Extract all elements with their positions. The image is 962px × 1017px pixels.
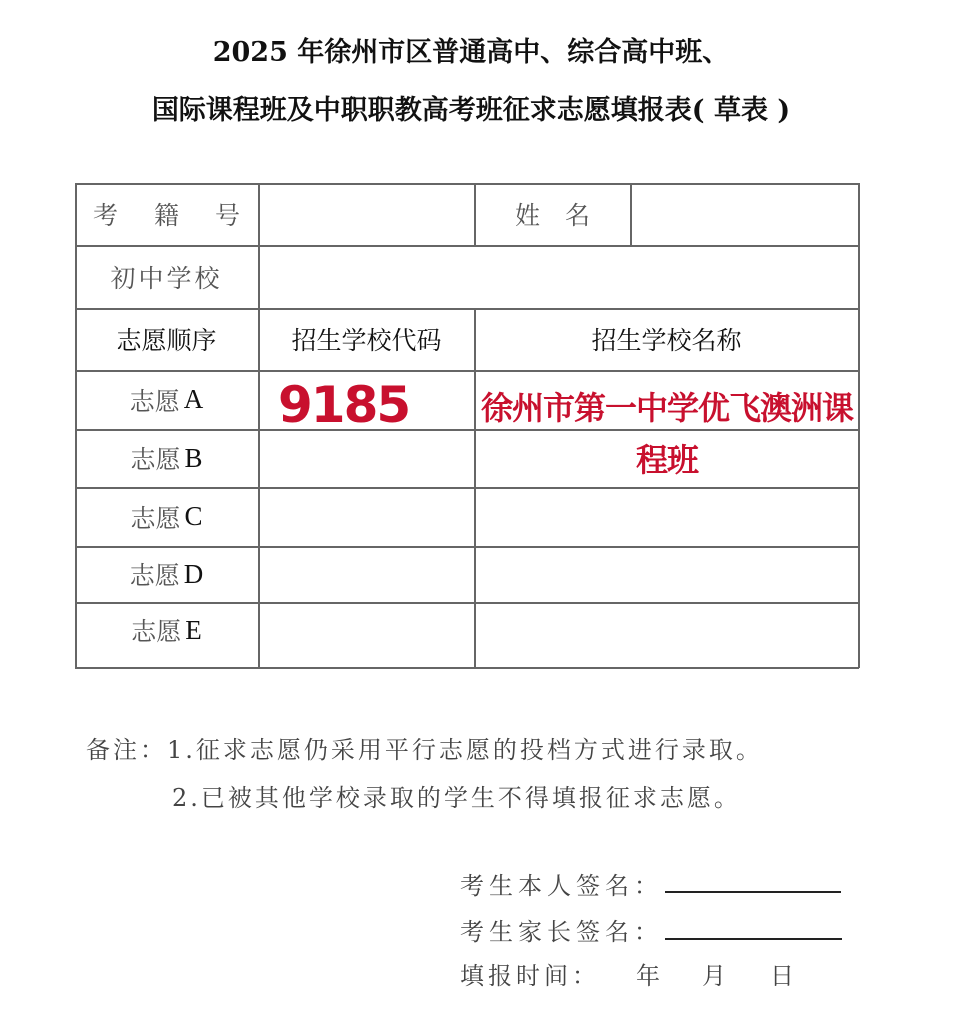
- junior-school-field[interactable]: [259, 246, 858, 308]
- preference-letter: B: [185, 443, 203, 474]
- form-page: 2025 年徐州市区普通高中、综合高中班、 国际课程班及中职职教高考班征求志愿填…: [0, 0, 962, 1017]
- exam-id-field[interactable]: [259, 184, 474, 245]
- date-month: 月: [702, 956, 726, 991]
- header-school-name: 招生学校名称: [475, 308, 858, 370]
- preference-d-school-field[interactable]: [475, 547, 858, 602]
- preference-prefix: 志愿: [130, 440, 180, 476]
- note-1: 备注：1.征求志愿仍采用平行志愿的投档方式进行录取。: [86, 726, 763, 774]
- preference-d-code-field[interactable]: [259, 547, 474, 602]
- date-day: 日: [770, 956, 794, 991]
- notes-section: 备注：1.征求志愿仍采用平行志愿的投档方式进行录取。 2.已被其他学校录取的学生…: [86, 726, 763, 822]
- preference-c-school-field[interactable]: [475, 488, 858, 546]
- preference-c-label: 志愿C: [75, 487, 258, 546]
- student-signature-label: 考生本人签名：: [460, 866, 663, 901]
- preference-letter: D: [184, 559, 204, 590]
- preference-prefix: 志愿: [130, 556, 180, 592]
- date-label: 填报时间：: [460, 956, 600, 991]
- header-school-code: 招生学校代码: [259, 308, 474, 370]
- name-field[interactable]: [631, 184, 858, 245]
- parent-signature-line[interactable]: [665, 938, 842, 940]
- preference-c-code-field[interactable]: [259, 488, 474, 546]
- preference-a-code-value[interactable]: 9185: [278, 377, 409, 433]
- preference-d-label: 志愿D: [75, 546, 258, 602]
- preference-e-school-field[interactable]: [475, 603, 858, 667]
- header-preference-order: 志愿顺序: [75, 308, 258, 370]
- preference-prefix: 志愿: [130, 382, 180, 418]
- preference-b-code-field[interactable]: [259, 430, 474, 487]
- table-border-bottom: [75, 667, 859, 669]
- preference-prefix: 志愿: [131, 612, 181, 648]
- preference-a-school-value[interactable]: 徐州市第一中学优飞澳洲课程班: [476, 382, 858, 486]
- student-signature-line[interactable]: [665, 891, 841, 893]
- name-label: 姓 名: [475, 183, 630, 245]
- preference-letter: E: [185, 615, 202, 646]
- preference-letter: C: [185, 501, 203, 532]
- preference-e-code-field[interactable]: [259, 603, 474, 667]
- preference-b-label: 志愿B: [75, 429, 258, 487]
- note-2: 2.已被其他学校录取的学生不得填报征求志愿。: [86, 774, 763, 822]
- parent-signature-label: 考生家长签名：: [460, 912, 663, 947]
- preference-letter: A: [184, 384, 204, 415]
- preference-prefix: 志愿: [130, 499, 180, 535]
- exam-id-label: 考 籍 号: [75, 183, 258, 245]
- table-border-right: [858, 183, 860, 668]
- preference-e-label: 志愿E: [75, 602, 258, 658]
- junior-school-label: 初中学校: [75, 245, 258, 308]
- preference-a-label: 志愿A: [75, 370, 258, 429]
- date-year: 年: [636, 956, 660, 991]
